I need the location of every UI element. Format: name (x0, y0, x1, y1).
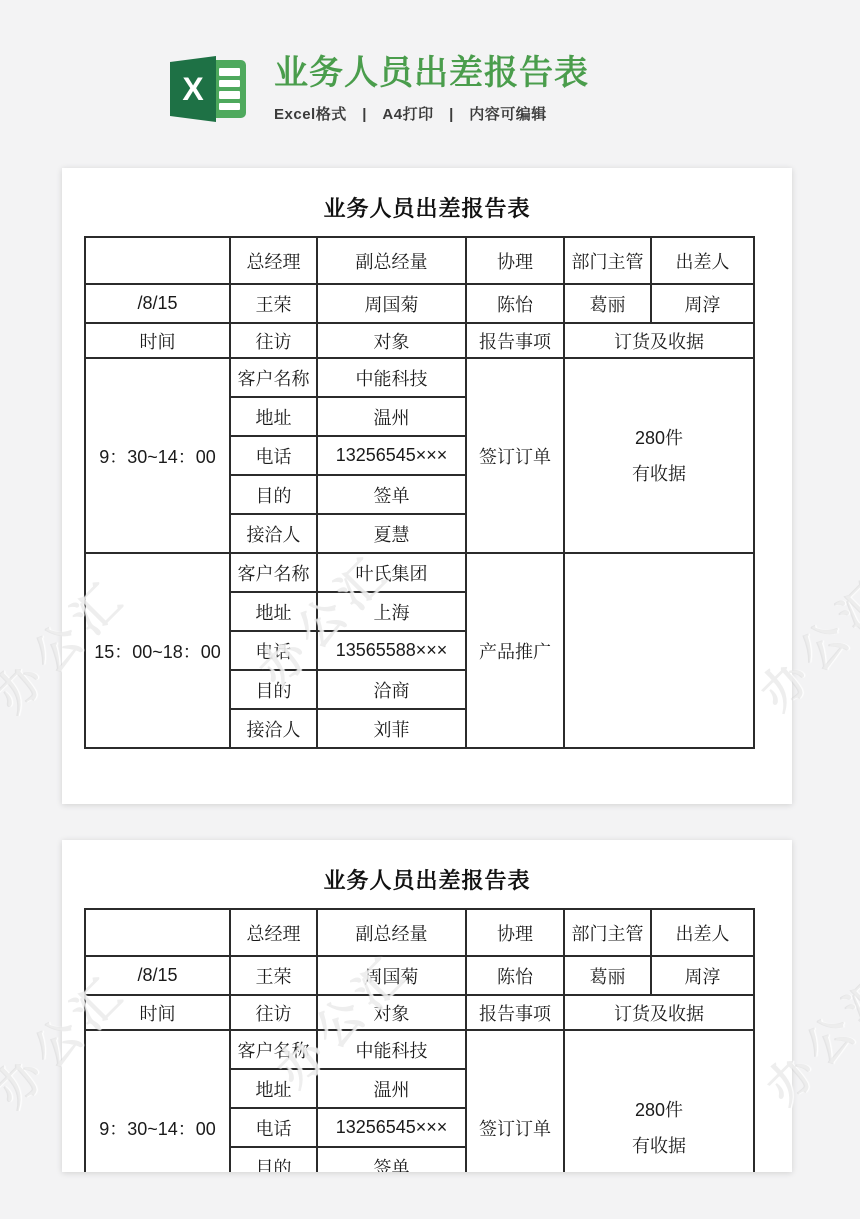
cell-time-header: 时间 (85, 995, 230, 1030)
table-row: 15：00~18：00 客户名称 叶氏集团 产品推广 (85, 553, 754, 592)
cell-entry1-phone-label: 电话 (230, 1108, 317, 1147)
cell-dept-head-label: 部门主管 (564, 909, 651, 956)
cell-traveler-label: 出差人 (651, 237, 754, 284)
cell-entry1-address-label: 地址 (230, 397, 317, 436)
document-title: 业务人员出差报告表 (62, 192, 792, 223)
cell-blank (85, 909, 230, 956)
cell-report-header: 报告事项 (466, 323, 564, 358)
cell-dept-head-label: 部门主管 (564, 237, 651, 284)
trip-report-table: 总经理 副总经量 协理 部门主管 出差人 /8/15 王荣 周国菊 陈怡 葛丽 … (84, 236, 755, 749)
cell-blank (85, 237, 230, 284)
page-title: 业务人员出差报告表 (274, 56, 589, 92)
cell-entry2-time: 15：00~18：00 (85, 553, 230, 748)
excel-x-shape: X (170, 56, 216, 122)
cell-entry1-phone: 13256545××× (317, 436, 466, 475)
cell-entry2-address-label: 地址 (230, 592, 317, 631)
cell-date: /8/15 (85, 956, 230, 995)
cell-entry2-phone-label: 电话 (230, 631, 317, 670)
cell-time-header: 时间 (85, 323, 230, 358)
cell-entry1-phone-label: 电话 (230, 436, 317, 475)
cell-entry1-order-note: 280件 有收据 (564, 358, 754, 553)
cell-entry1-report: 签订订单 (466, 358, 564, 553)
cell-entry1-purpose: 签单 (317, 1147, 466, 1172)
cell-entry1-order-note: 280件 有收据 (564, 1030, 754, 1172)
cell-entry2-purpose: 洽商 (317, 670, 466, 709)
cell-entry1-address-label: 地址 (230, 1069, 317, 1108)
cell-assistant-label: 协理 (466, 909, 564, 956)
cell-report-header: 报告事项 (466, 995, 564, 1030)
cell-entry2-customer: 叶氏集团 (317, 553, 466, 592)
cell-entry1-phone: 13256545××× (317, 1108, 466, 1147)
cell-entry1-purpose-label: 目的 (230, 1147, 317, 1172)
cell-dept-head-name: 葛丽 (564, 284, 651, 323)
cell-gm-name: 王荣 (230, 284, 317, 323)
excel-icon: X (170, 56, 246, 122)
cell-visit-header: 往访 (230, 323, 317, 358)
table-row: /8/15 王荣 周国菊 陈怡 葛丽 周淳 (85, 284, 754, 323)
cell-traveler-label: 出差人 (651, 909, 754, 956)
cell-assistant-label: 协理 (466, 237, 564, 284)
cell-entry1-address: 温州 (317, 1069, 466, 1108)
cell-entry1-purpose: 签单 (317, 475, 466, 514)
cell-entry2-contact-label: 接洽人 (230, 709, 317, 748)
cell-entry1-time: 9：30~14：00 (85, 1030, 230, 1172)
cell-traveler-name: 周淳 (651, 956, 754, 995)
cell-date: /8/15 (85, 284, 230, 323)
cell-dgm-name: 周国菊 (317, 956, 466, 995)
cell-order-header: 订货及收据 (564, 995, 754, 1030)
cell-assistant-name: 陈怡 (466, 284, 564, 323)
cell-dgm-label: 副总经量 (317, 909, 466, 956)
cell-traveler-name: 周淳 (651, 284, 754, 323)
cell-dept-head-name: 葛丽 (564, 956, 651, 995)
table-row: /8/15 王荣 周国菊 陈怡 葛丽 周淳 (85, 956, 754, 995)
cell-gm-name: 王荣 (230, 956, 317, 995)
header-text: 业务人员出差报告表 Excel格式 | A4打印 | 内容可编辑 (274, 56, 589, 124)
cell-entry1-customer-label: 客户名称 (230, 358, 317, 397)
cell-dgm-label: 副总经量 (317, 237, 466, 284)
cell-assistant-name: 陈怡 (466, 956, 564, 995)
cell-target-header: 对象 (317, 323, 466, 358)
cell-entry1-customer: 中能科技 (317, 1030, 466, 1069)
cell-visit-header: 往访 (230, 995, 317, 1030)
cell-entry1-address: 温州 (317, 397, 466, 436)
cell-dgm-name: 周国菊 (317, 284, 466, 323)
cell-entry1-contact: 夏慧 (317, 514, 466, 553)
cell-entry1-report: 签订订单 (466, 1030, 564, 1172)
cell-entry2-customer-label: 客户名称 (230, 553, 317, 592)
preview-page-2[interactable]: 业务人员出差报告表 总经理 副总经量 协理 部门主管 出差人 /8/15 王荣 … (62, 840, 792, 1172)
cell-gm-label: 总经理 (230, 237, 317, 284)
trip-report-table: 总经理 副总经量 协理 部门主管 出差人 /8/15 王荣 周国菊 陈怡 葛丽 … (84, 908, 755, 1172)
cell-entry2-contact: 刘菲 (317, 709, 466, 748)
excel-x-letter: X (182, 73, 203, 105)
cell-entry1-time: 9：30~14：00 (85, 358, 230, 553)
table-row: 总经理 副总经量 协理 部门主管 出差人 (85, 909, 754, 956)
cell-entry2-address: 上海 (317, 592, 466, 631)
document-title: 业务人员出差报告表 (62, 864, 792, 895)
table-row: 9：30~14：00 客户名称 中能科技 签订订单 280件 有收据 (85, 358, 754, 397)
cell-entry1-customer-label: 客户名称 (230, 1030, 317, 1069)
table-row: 总经理 副总经量 协理 部门主管 出差人 (85, 237, 754, 284)
cell-entry2-phone: 13565588××× (317, 631, 466, 670)
table-row: 时间 往访 对象 报告事项 订货及收据 (85, 995, 754, 1030)
page-header: X 业务人员出差报告表 Excel格式 | A4打印 | 内容可编辑 (170, 56, 589, 124)
table-row: 9：30~14：00 客户名称 中能科技 签订订单 280件 有收据 (85, 1030, 754, 1069)
cell-target-header: 对象 (317, 995, 466, 1030)
page-subtitle: Excel格式 | A4打印 | 内容可编辑 (274, 103, 589, 124)
table-row: 时间 往访 对象 报告事项 订货及收据 (85, 323, 754, 358)
cell-entry2-purpose-label: 目的 (230, 670, 317, 709)
cell-entry1-purpose-label: 目的 (230, 475, 317, 514)
cell-entry2-order-note (564, 553, 754, 748)
preview-page-1[interactable]: 业务人员出差报告表 总经理 副总经量 协理 部门主管 出差人 /8/15 王荣 … (62, 168, 792, 804)
cell-entry2-report: 产品推广 (466, 553, 564, 748)
cell-entry1-customer: 中能科技 (317, 358, 466, 397)
cell-entry1-contact-label: 接洽人 (230, 514, 317, 553)
cell-gm-label: 总经理 (230, 909, 317, 956)
cell-order-header: 订货及收据 (564, 323, 754, 358)
